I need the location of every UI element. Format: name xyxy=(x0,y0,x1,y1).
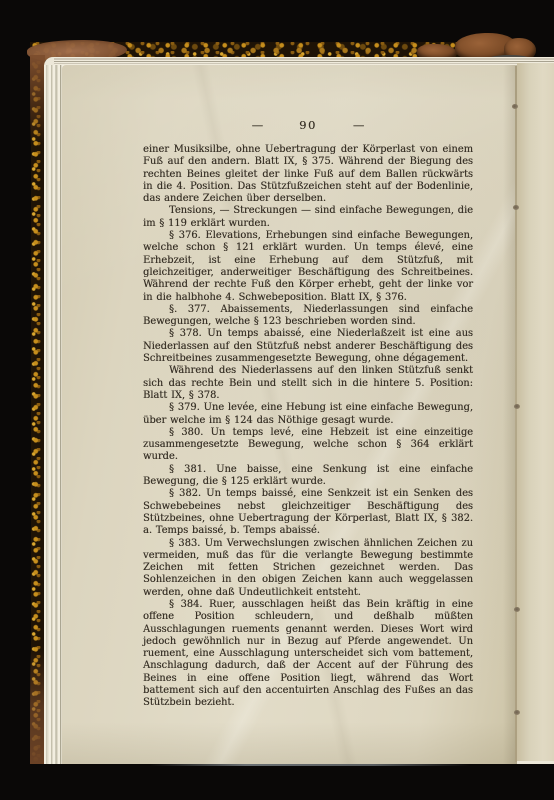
paragraph: § 384. Ruer, ausschlagen heißt das Bein … xyxy=(143,599,473,710)
page-edges-left xyxy=(44,65,62,764)
binding-stitch xyxy=(512,104,518,109)
paragraph: einer Musiksilbe, ohne Uebertragung der … xyxy=(143,144,473,205)
page-number-value: 90 xyxy=(299,119,317,132)
binding-stitch xyxy=(514,710,520,715)
facing-page-sliver xyxy=(517,63,554,761)
paragraph: § 380. Un temps levé, eine Hebzeit ist e… xyxy=(143,427,473,464)
binding-stitch xyxy=(513,205,519,210)
page-number-dash-right: — xyxy=(353,119,365,132)
page-number-dash-left: — xyxy=(252,119,264,132)
paragraph: § 379. Une levée, eine Hebung ist eine e… xyxy=(143,402,473,427)
paragraph: § 381. Une baisse, eine Senkung ist eine… xyxy=(143,464,473,489)
paragraph: § 382. Un temps baissé, eine Senkzeit is… xyxy=(143,488,473,537)
paragraph: Tensions, — Streckungen — sind einfache … xyxy=(143,205,473,230)
book-photo-scene: — 90 — einer Musiksilbe, ohne Uebertragu… xyxy=(0,0,554,800)
paragraph: Während des Niederlassens auf den linken… xyxy=(143,365,473,402)
paragraph: § 383. Um Verwechslungen zwischen ähnlic… xyxy=(143,538,473,599)
binding-stitch xyxy=(514,404,520,409)
binding-stitch xyxy=(514,607,520,612)
bottom-edge-highlight xyxy=(150,764,470,766)
worn-leather-left-top xyxy=(30,55,45,145)
text-column: — 90 — einer Musiksilbe, ohne Uebertragu… xyxy=(143,119,473,710)
book-page: — 90 — einer Musiksilbe, ohne Uebertragu… xyxy=(62,65,517,764)
paragraph: § 376. Elevations, Erhebungen sind einfa… xyxy=(143,230,473,304)
page-number: — 90 — xyxy=(143,119,473,132)
gutter-crease xyxy=(515,66,517,762)
paragraph: §. 377. Abaissements, Niederlassungen si… xyxy=(143,304,473,329)
worn-leather-left-bottom xyxy=(30,650,45,764)
paragraph: § 378. Un temps abaissé, eine Niederlaßz… xyxy=(143,328,473,365)
